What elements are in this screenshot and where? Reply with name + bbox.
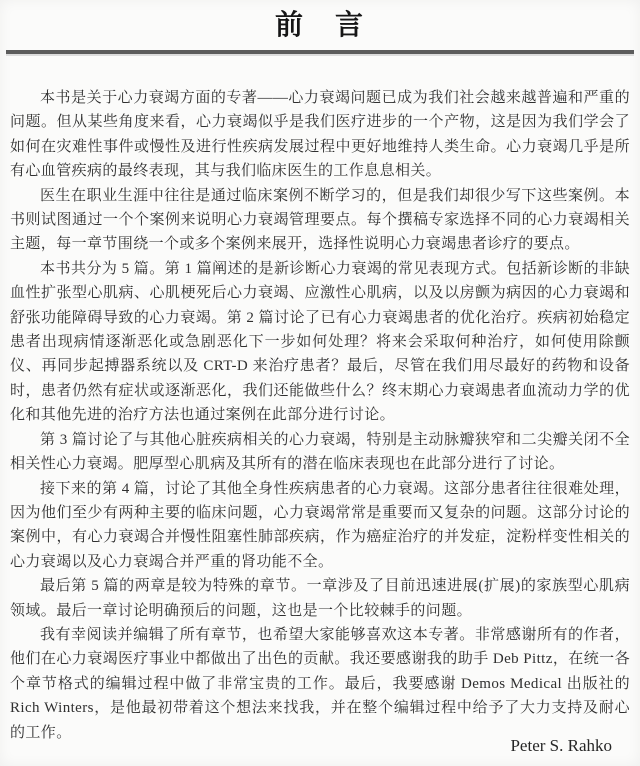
paragraph: 第 3 篇讨论了与其他心脏疾病相关的心力衰竭，特别是主动脉瓣狭窄和二尖瓣关闭不全… xyxy=(10,428,630,477)
paragraph: 最后第 5 篇的两章是较为特殊的章节。一章涉及了目前迅速进展(扩展)的家族型心肌… xyxy=(10,574,630,623)
page-title: 前 言 xyxy=(0,8,640,42)
paragraph: 本书共分为 5 篇。第 1 篇阐述的是新诊断心力衰竭的常见表现方式。包括新诊断的… xyxy=(10,257,630,428)
author-signature: Peter S. Rahko xyxy=(510,736,612,756)
paragraph: 接下来的第 4 篇，讨论了其他全身性疾病患者的心力衰竭。这部分患者往往很难处理，… xyxy=(10,477,630,575)
preface-page: 前 言 本书是关于心力衰竭方面的专著——心力衰竭问题已成为我们社会越来越普遍和严… xyxy=(0,0,640,766)
title-divider xyxy=(6,50,634,56)
paragraph: 本书是关于心力衰竭方面的专著——心力衰竭问题已成为我们社会越来越普遍和严重的问题… xyxy=(10,86,630,184)
paragraph: 医生在职业生涯中往往是通过临床案例不断学习的，但是我们却很少写下这些案例。本书则… xyxy=(10,184,630,257)
preface-body: 本书是关于心力衰竭方面的专著——心力衰竭问题已成为我们社会越来越普遍和严重的问题… xyxy=(10,86,630,745)
paragraph: 我有幸阅读并编辑了所有章节，也希望大家能够喜欢这本专著。非常感谢所有的作者，他们… xyxy=(10,623,630,745)
